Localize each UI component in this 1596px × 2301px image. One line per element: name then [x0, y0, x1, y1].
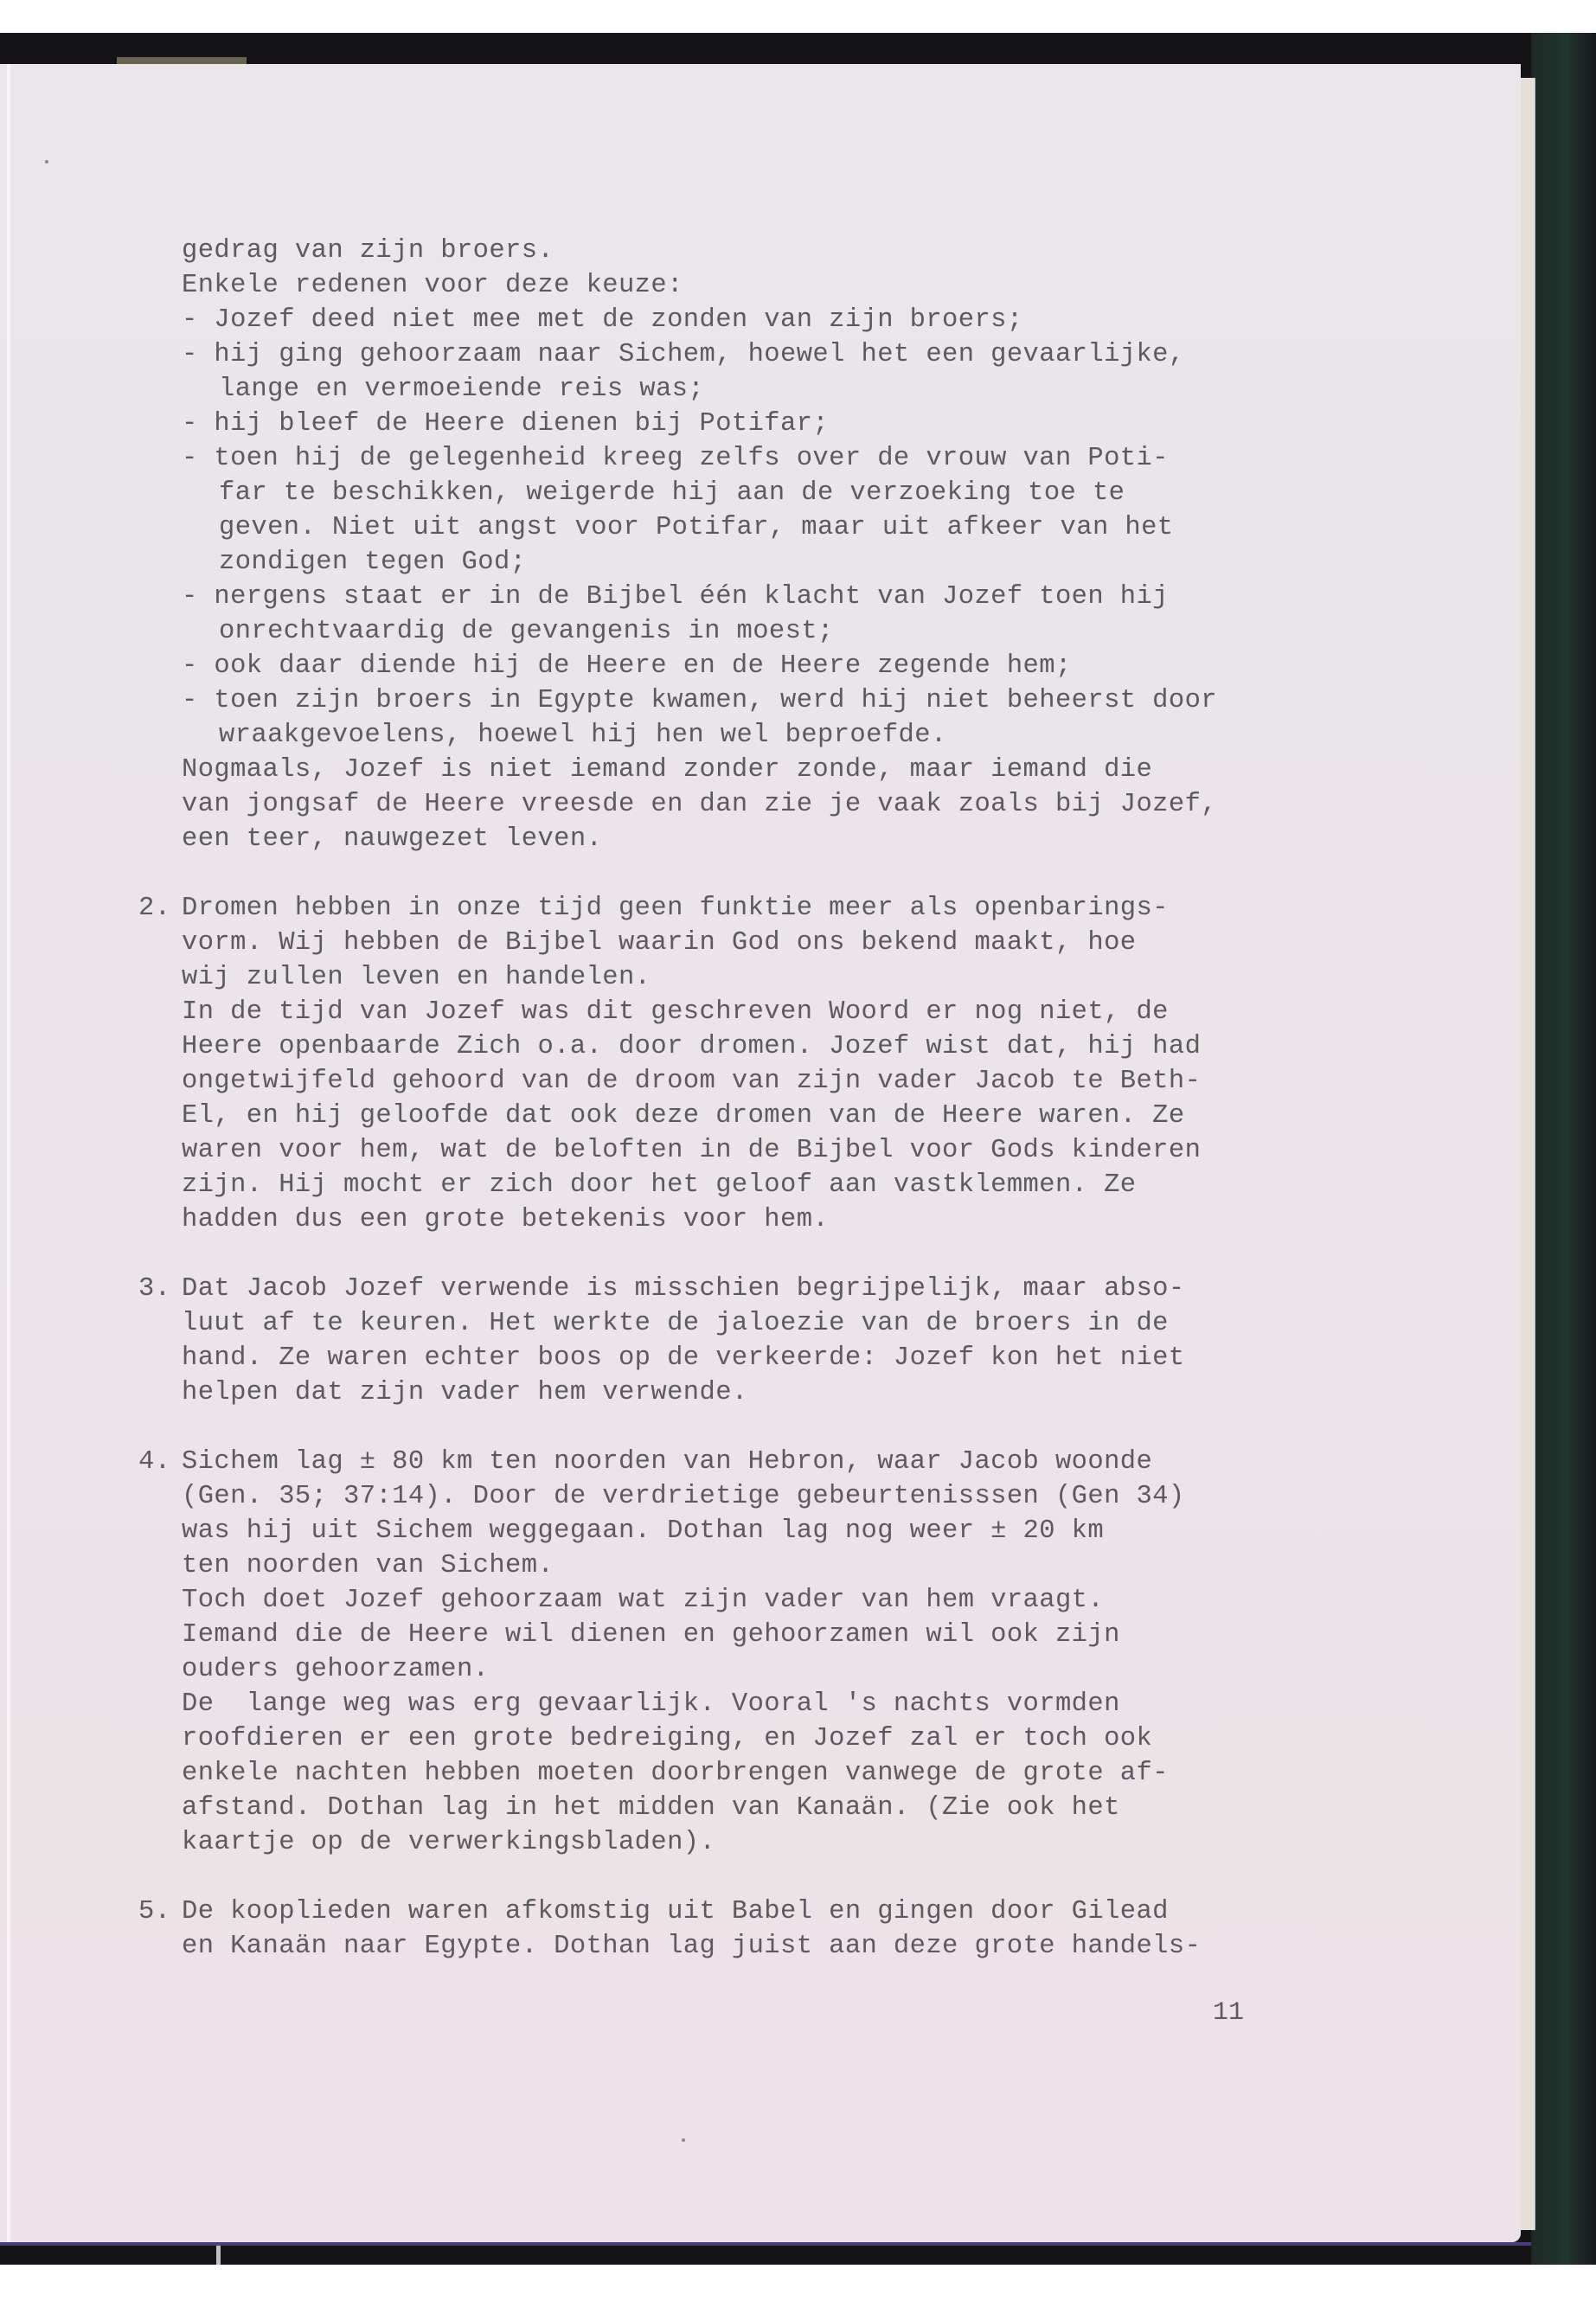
text-line: In de tijd van Jozef was dit geschreven …	[182, 995, 1375, 1029]
bullet-item: - toen zijn broers in Egypte kwamen, wer…	[182, 683, 1375, 753]
bullet-text: hij ging gehoorzaam naar Sichem, hoewel …	[214, 340, 1184, 369]
item-number: 4.	[138, 1445, 170, 1479]
item-number: 5.	[138, 1894, 170, 1929]
text-line: was hij uit Sichem weggegaan. Dothan lag…	[182, 1514, 1375, 1548]
text-line: De kooplieden waren afkomstig uit Babel …	[182, 1894, 1375, 1929]
bullet-dash-icon: -	[182, 444, 214, 473]
text-line: een teer, nauwgezet leven.	[182, 822, 1375, 856]
intro-paragraph: gedrag van zijn broers. Enkele redenen v…	[182, 234, 1375, 303]
text-line: hand. Ze waren echter boos op de verkeer…	[182, 1341, 1375, 1375]
bullet-text: ook daar diende hij de Heere en de Heere…	[214, 651, 1071, 681]
bullet-item: - nergens staat er in de Bijbel één klac…	[182, 580, 1375, 649]
bullet-text: nergens staat er in de Bijbel één klacht…	[214, 582, 1168, 612]
item-number: 3.	[138, 1272, 170, 1306]
bullet-item: - ook daar diende hij de Heere en de Hee…	[182, 649, 1375, 683]
numbered-answers-list: 2.Dromen hebben in onze tijd geen funkti…	[182, 891, 1375, 1964]
text-line: (Gen. 35; 37:14). Door de verdrietige ge…	[182, 1479, 1375, 1514]
binding-mark	[216, 2246, 221, 2265]
text-line: ouders gehoorzamen.	[182, 1652, 1375, 1687]
text-line: ten noorden van Sichem.	[182, 1548, 1375, 1583]
binding-bottom-edge	[0, 2242, 1531, 2246]
text-line: Sichem lag ± 80 km ten noorden van Hebro…	[182, 1445, 1375, 1479]
paper-speck	[45, 160, 48, 163]
underlying-sheet-edge	[1520, 78, 1535, 2230]
text-line: Enkele redenen voor deze keuze:	[182, 268, 1375, 303]
book-spine-cloth	[1531, 33, 1596, 2265]
bullet-first-line: - Jozef deed niet mee met de zonden van …	[182, 303, 1375, 337]
text-line: El, en hij geloofde dat ook deze dromen …	[182, 1099, 1375, 1133]
binding-highlight	[117, 57, 247, 64]
bullet-first-line: - toen zijn broers in Egypte kwamen, wer…	[182, 683, 1375, 718]
bullet-first-line: - toen hij de gelegenheid kreeg zelfs ov…	[182, 441, 1375, 476]
page-left-edge	[7, 64, 10, 2242]
text-line: Iemand die de Heere wil dienen en gehoor…	[182, 1618, 1375, 1652]
text-line: helpen dat zijn vader hem verwende.	[182, 1375, 1375, 1410]
text-line: Dromen hebben in onze tijd geen funktie …	[182, 891, 1375, 926]
text-line: waren voor hem, wat de beloften in de Bi…	[182, 1133, 1375, 1168]
reasons-bullet-list: - Jozef deed niet mee met de zonden van …	[182, 303, 1375, 753]
text-line: Nogmaals, Jozef is niet iemand zonder zo…	[182, 753, 1375, 787]
text-line: afstand. Dothan lag in het midden van Ka…	[182, 1791, 1375, 1825]
bullet-dash-icon: -	[182, 340, 214, 369]
text-line: hadden dus een grote betekenis voor hem.	[182, 1202, 1375, 1237]
paper-speck	[682, 2138, 685, 2142]
bullet-first-line: - hij bleef de Heere dienen bij Potifar;	[182, 407, 1375, 441]
closing-paragraph: Nogmaals, Jozef is niet iemand zonder zo…	[182, 753, 1375, 856]
text-line: wij zullen leven en handelen.	[182, 960, 1375, 995]
text-line: zijn. Hij mocht er zich door het geloof …	[182, 1168, 1375, 1202]
bullet-text: toen hij de gelegenheid kreeg zelfs over…	[214, 444, 1168, 473]
text-line: De lange weg was erg gevaarlijk. Vooral …	[182, 1687, 1375, 1721]
numbered-item: 2.Dromen hebben in onze tijd geen funkti…	[182, 891, 1375, 1237]
bullet-continuation-line: geven. Niet uit angst voor Potifar, maar…	[182, 510, 1375, 545]
item-number: 2.	[138, 891, 170, 926]
bullet-continuation-line: onrechtvaardig de gevangenis in moest;	[182, 614, 1375, 649]
text-line: Toch doet Jozef gehoorzaam wat zijn vade…	[182, 1583, 1375, 1618]
bullet-item: - Jozef deed niet mee met de zonden van …	[182, 303, 1375, 337]
bullet-text: toen zijn broers in Egypte kwamen, werd …	[214, 686, 1217, 715]
bullet-continuation-line: lange en vermoeiende reis was;	[182, 372, 1375, 407]
bullet-item: - toen hij de gelegenheid kreeg zelfs ov…	[182, 441, 1375, 580]
text-line: gedrag van zijn broers.	[182, 234, 1375, 268]
bullet-dash-icon: -	[182, 686, 214, 715]
bullet-text: Jozef deed niet mee met de zonden van zi…	[214, 305, 1022, 335]
text-line: Heere openbaarde Zich o.a. door dromen. …	[182, 1029, 1375, 1064]
numbered-item: 5.De kooplieden waren afkomstig uit Babe…	[182, 1894, 1375, 1964]
bullet-continuation-line: zondigen tegen God;	[182, 545, 1375, 580]
bullet-dash-icon: -	[182, 582, 214, 612]
bullet-dash-icon: -	[182, 409, 214, 439]
text-line: ongetwijfeld gehoord van de droom van zi…	[182, 1064, 1375, 1099]
bullet-dash-icon: -	[182, 651, 214, 681]
text-line: enkele nachten hebben moeten doorbrengen…	[182, 1756, 1375, 1791]
bullet-first-line: - ook daar diende hij de Heere en de Hee…	[182, 649, 1375, 683]
bullet-first-line: - hij ging gehoorzaam naar Sichem, hoewe…	[182, 337, 1375, 372]
text-line: kaartje op de verwerkingsbladen).	[182, 1825, 1375, 1860]
bullet-first-line: - nergens staat er in de Bijbel één klac…	[182, 580, 1375, 614]
bullet-dash-icon: -	[182, 305, 214, 335]
text-line: luut af te keuren. Het werkte de jaloezi…	[182, 1306, 1375, 1341]
bullet-item: - hij bleef de Heere dienen bij Potifar;	[182, 407, 1375, 441]
bullet-item: - hij ging gehoorzaam naar Sichem, hoewe…	[182, 337, 1375, 407]
text-line: vorm. Wij hebben de Bijbel waarin God on…	[182, 926, 1375, 960]
page-number: 11	[1213, 1998, 1244, 2028]
numbered-item: 3.Dat Jacob Jozef verwende is misschien …	[182, 1272, 1375, 1410]
text-line: van jongsaf de Heere vreesde en dan zie …	[182, 787, 1375, 822]
numbered-item: 4.Sichem lag ± 80 km ten noorden van Heb…	[182, 1445, 1375, 1860]
text-line: Dat Jacob Jozef verwende is misschien be…	[182, 1272, 1375, 1306]
document-body: gedrag van zijn broers. Enkele redenen v…	[182, 234, 1375, 1964]
text-line: en Kanaän naar Egypte. Dothan lag juist …	[182, 1929, 1375, 1964]
bullet-text: hij bleef de Heere dienen bij Potifar;	[214, 409, 829, 439]
bullet-continuation-line: far te beschikken, weigerde hij aan de v…	[182, 476, 1375, 510]
bullet-continuation-line: wraakgevoelens, hoewel hij hen wel bepro…	[182, 718, 1375, 753]
text-line: roofdieren er een grote bedreiging, en J…	[182, 1721, 1375, 1756]
